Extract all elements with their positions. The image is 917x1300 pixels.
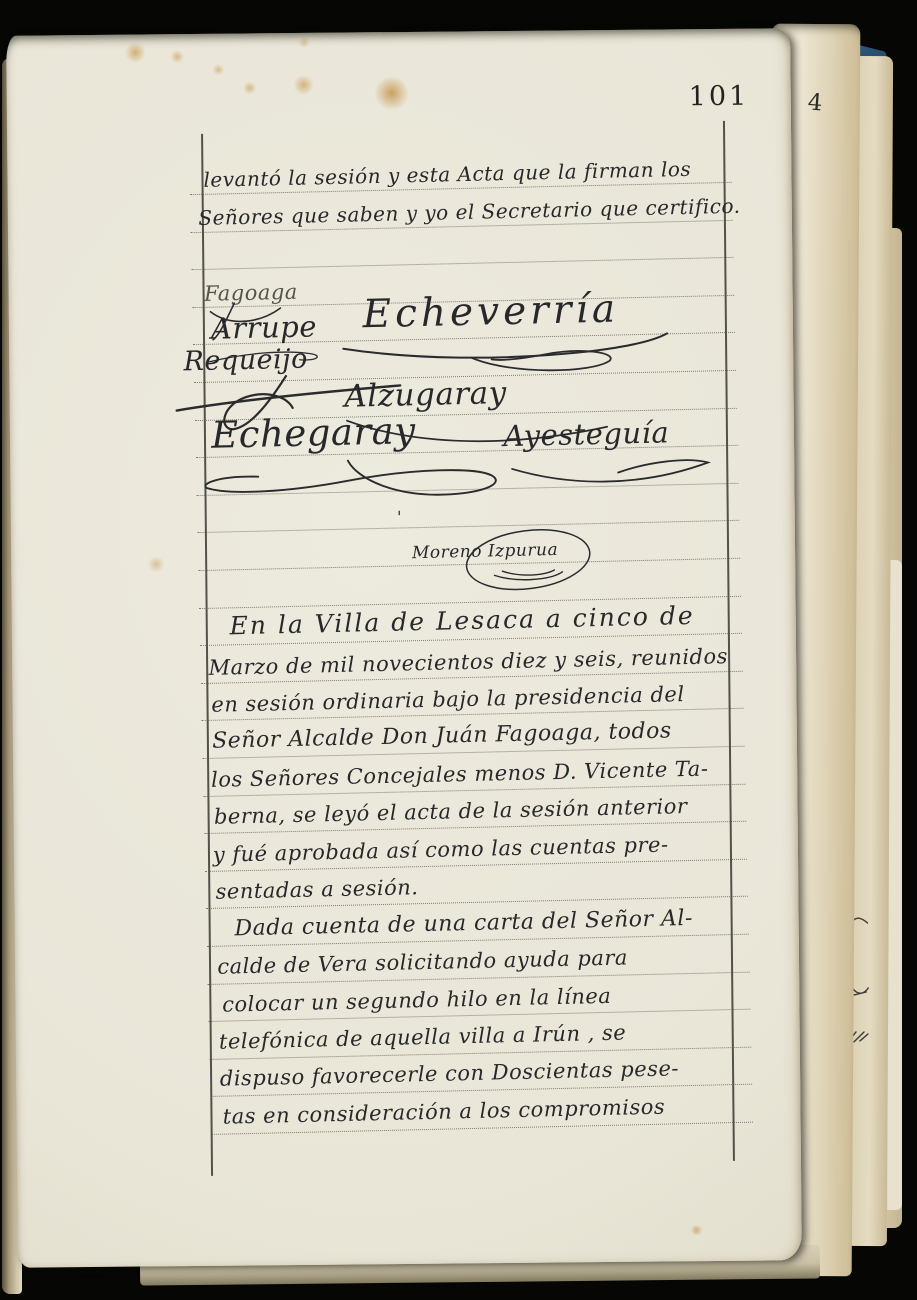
signature-echegaray: Echegaray (211, 409, 416, 457)
foxing-stain (298, 37, 310, 48)
manuscript-page: 101 levantó la sesión y esta Acta que la… (6, 28, 802, 1267)
manuscript-line: En la Villa de Lesaca a cinco de (229, 601, 695, 641)
signature-rubric (457, 525, 599, 598)
signature-requeijo: Requeijo (183, 344, 308, 378)
foxing-stain (170, 50, 184, 63)
signature-arrupe: Arrupe (210, 309, 317, 345)
stacked-page-number: 4 (807, 89, 824, 116)
page-number: 101 (689, 81, 750, 113)
ruled-line (191, 257, 733, 270)
manuscript-line: telefónica de aquella villa a Irún , se (219, 1020, 627, 1053)
foxing-stain (124, 42, 146, 62)
writing-area: levantó la sesión y esta Acta que la fir… (197, 128, 745, 1200)
manuscript-line: sentadas a sesión. (215, 875, 418, 904)
foxing-stain (292, 75, 314, 95)
stray-pen-mark: ' (397, 507, 402, 526)
foxing-stain (373, 76, 411, 110)
signature-ayesteguia: Ayesteguía (503, 415, 670, 453)
foxing-stain (243, 81, 257, 94)
manuscript-line: Marzo de mil novecientos diez y seis, re… (208, 644, 728, 680)
foxing-stain (212, 64, 224, 76)
foxing-stain (690, 1225, 704, 1235)
signature-alzugaray: Alzugaray (344, 375, 507, 415)
manuscript-line: dispuso favorecerle con Doscientas pese- (220, 1056, 680, 1090)
manuscript-line: tas en consideración a los compromisos (222, 1095, 665, 1129)
signature-rubric (508, 454, 729, 501)
foxing-stain (147, 556, 165, 572)
signature-rubric (198, 455, 509, 518)
manuscript-line: levantó la sesión y esta Acta que la fir… (203, 157, 691, 192)
photographed-manuscript: 4 101 levantó la sesión y esta Acta que … (0, 0, 917, 1300)
manuscript-line: colocar un segundo hilo en la línea (222, 984, 612, 1017)
manuscript-line: calde de Vera solicitando ayuda para (217, 945, 628, 978)
